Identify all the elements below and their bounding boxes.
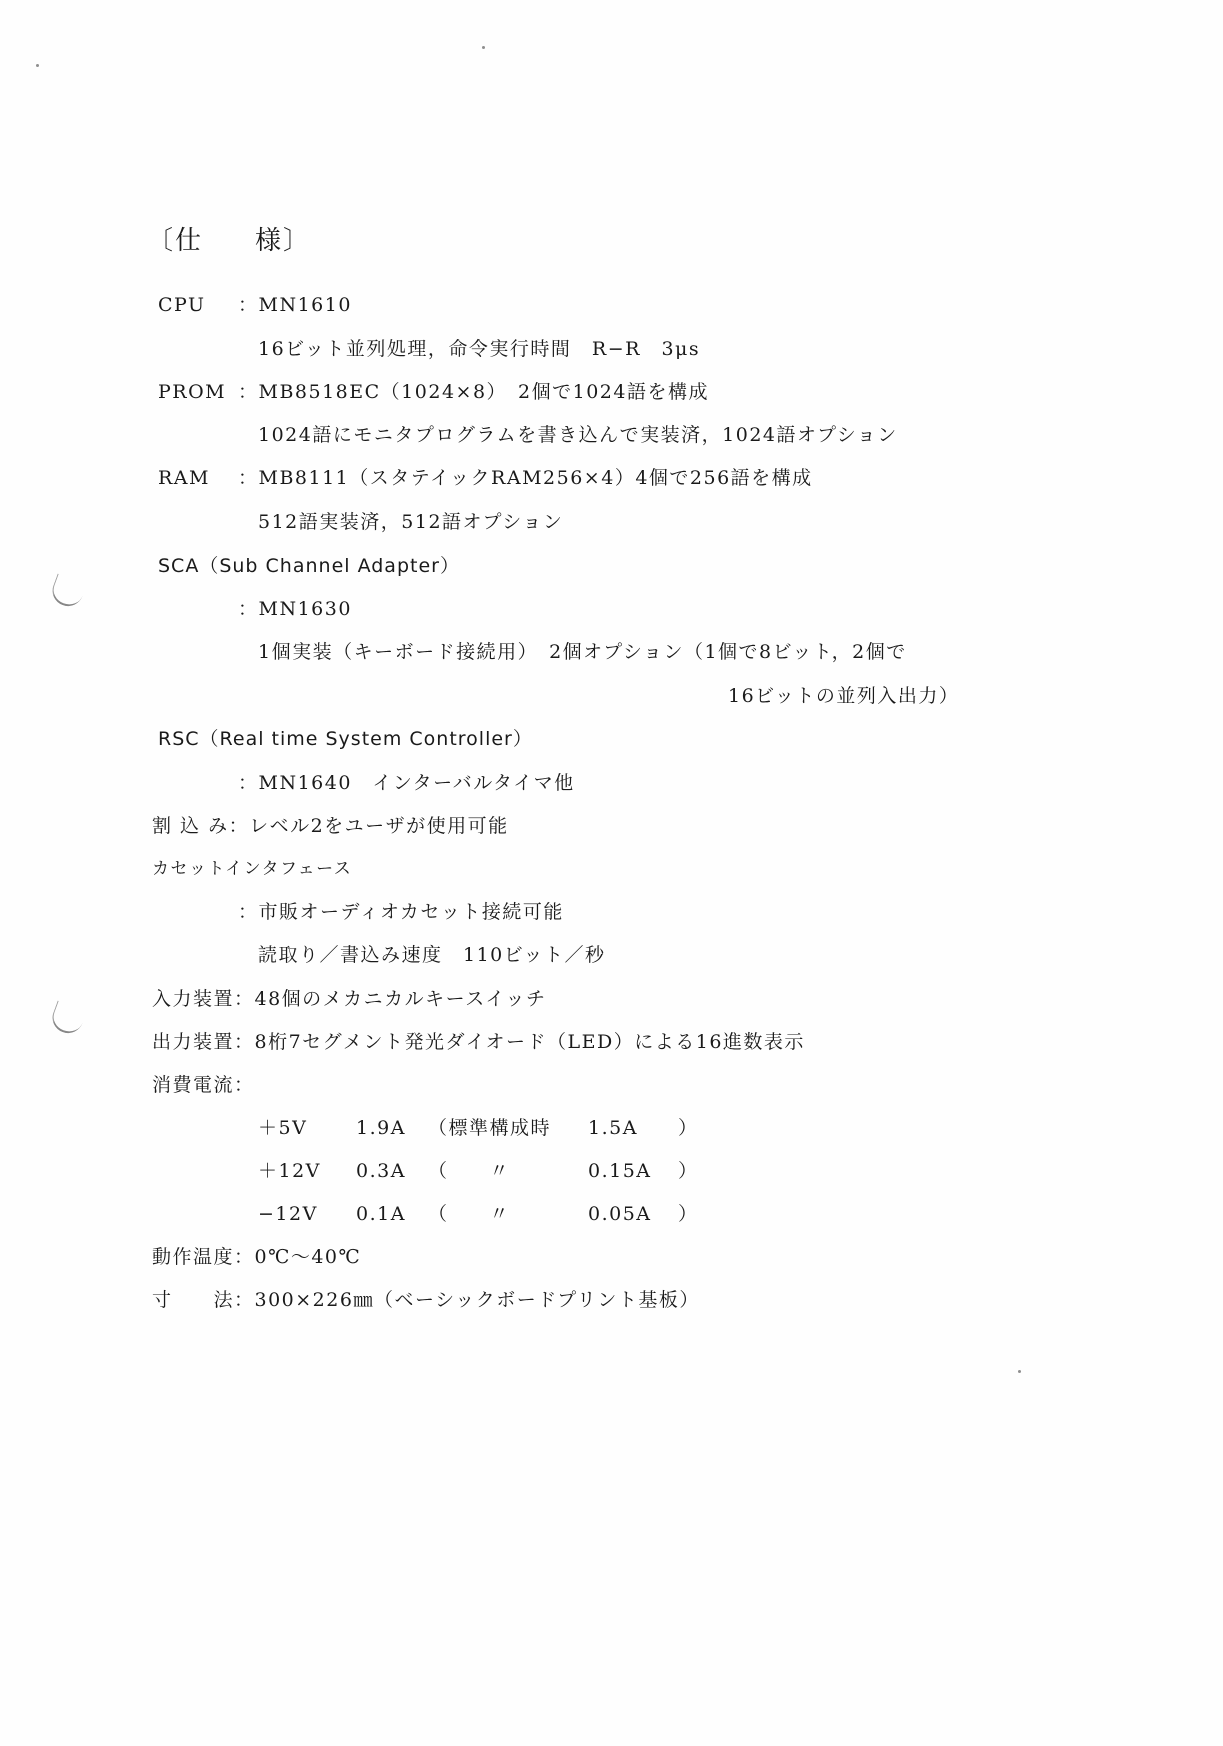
sca-detail-2: 16ビットの並列入出力） bbox=[728, 681, 959, 708]
rsc-value: ：MN1640 インターバルタイマ他 bbox=[238, 768, 575, 795]
punch-hole-mark bbox=[48, 574, 87, 611]
current-row: −12V0.1A（ 〃0.05A） bbox=[258, 1199, 699, 1226]
cassette-value: ：市販オーディオカセット接続可能 bbox=[238, 897, 564, 924]
spec-input-device: 入力装置：48個のメカニカルキースイッチ bbox=[152, 984, 546, 1011]
prom-label: PROM bbox=[158, 381, 238, 403]
ram-detail: 512語実装済，512語オプション bbox=[258, 507, 563, 534]
current: 1.9A bbox=[356, 1117, 428, 1139]
title-right: 様〕 bbox=[255, 226, 311, 256]
prom-value: ：MB8518EC（1024×8） 2個で1024語を構成 bbox=[238, 381, 709, 403]
scan-speck bbox=[1018, 1370, 1021, 1373]
sca-label: SCA（Sub Channel Adapter） bbox=[158, 551, 460, 578]
standard-current: 0.05A bbox=[588, 1203, 678, 1225]
punch-hole-mark bbox=[48, 1001, 87, 1038]
close-paren: ） bbox=[678, 1203, 699, 1225]
ram-value: ：MB8111（スタテイックRAM256×4）4個で256語を構成 bbox=[238, 467, 813, 489]
sca-detail-1: 1個実装（キーボード接続用） 2個オプション（1個で8ビット，2個で bbox=[258, 637, 907, 664]
current-row: ＋5V1.9A（標準構成時1.5A） bbox=[258, 1113, 699, 1140]
spec-temperature: 動作温度：0℃〜40℃ bbox=[152, 1242, 361, 1269]
spec-output-device: 出力装置：8桁7セグメント発光ダイオード（LED）による16進数表示 bbox=[152, 1027, 805, 1054]
current-label: 消費電流： bbox=[152, 1070, 255, 1097]
cassette-speed: 読取り／書込み速度 110ビット／秒 bbox=[258, 940, 606, 967]
sca-value: ：MN1630 bbox=[238, 594, 352, 621]
cpu-detail: 16ビット並列処理，命令実行時間 R−R 3μs bbox=[258, 334, 700, 361]
note: （標準構成時 bbox=[428, 1113, 588, 1140]
spec-cpu: CPU：MN1610 bbox=[158, 290, 352, 317]
close-paren: ） bbox=[678, 1160, 699, 1182]
spec-interrupt: 割 込 み：レベル2をユーザが使用可能 bbox=[152, 811, 509, 838]
spec-dimensions: 寸 法：300×226㎜（ベーシックボードプリント基板） bbox=[152, 1285, 700, 1312]
scan-speck bbox=[482, 46, 485, 49]
title-left: 〔仕 bbox=[147, 226, 203, 256]
standard-current: 1.5A bbox=[588, 1117, 678, 1139]
document-page: 〔仕様〕 CPU：MN1610 16ビット並列処理，命令実行時間 R−R 3μs… bbox=[0, 0, 1223, 1746]
close-paren: ） bbox=[678, 1117, 699, 1139]
cpu-label: CPU bbox=[158, 294, 238, 316]
note: （ 〃 bbox=[428, 1156, 588, 1183]
page-title: 〔仕様〕 bbox=[147, 220, 311, 257]
note: （ 〃 bbox=[428, 1199, 588, 1226]
current-row: ＋12V0.3A（ 〃0.15A） bbox=[258, 1156, 699, 1183]
prom-detail: 1024語にモニタプログラムを書き込んで実装済，1024語オプション bbox=[258, 420, 898, 447]
spec-prom: PROM：MB8518EC（1024×8） 2個で1024語を構成 bbox=[158, 377, 709, 404]
spec-ram: RAM：MB8111（スタテイックRAM256×4）4個で256語を構成 bbox=[158, 463, 813, 490]
ram-label: RAM bbox=[158, 467, 238, 489]
current: 0.1A bbox=[356, 1203, 428, 1225]
standard-current: 0.15A bbox=[588, 1160, 678, 1182]
rsc-label: RSC（Real time System Controller） bbox=[158, 724, 533, 751]
cassette-label: カセットインタフェース bbox=[152, 854, 352, 879]
current: 0.3A bbox=[356, 1160, 428, 1182]
voltage: −12V bbox=[258, 1203, 356, 1225]
voltage: ＋12V bbox=[258, 1156, 356, 1183]
voltage: ＋5V bbox=[258, 1113, 356, 1140]
scan-speck bbox=[36, 64, 39, 67]
cpu-value: ：MN1610 bbox=[238, 294, 352, 316]
